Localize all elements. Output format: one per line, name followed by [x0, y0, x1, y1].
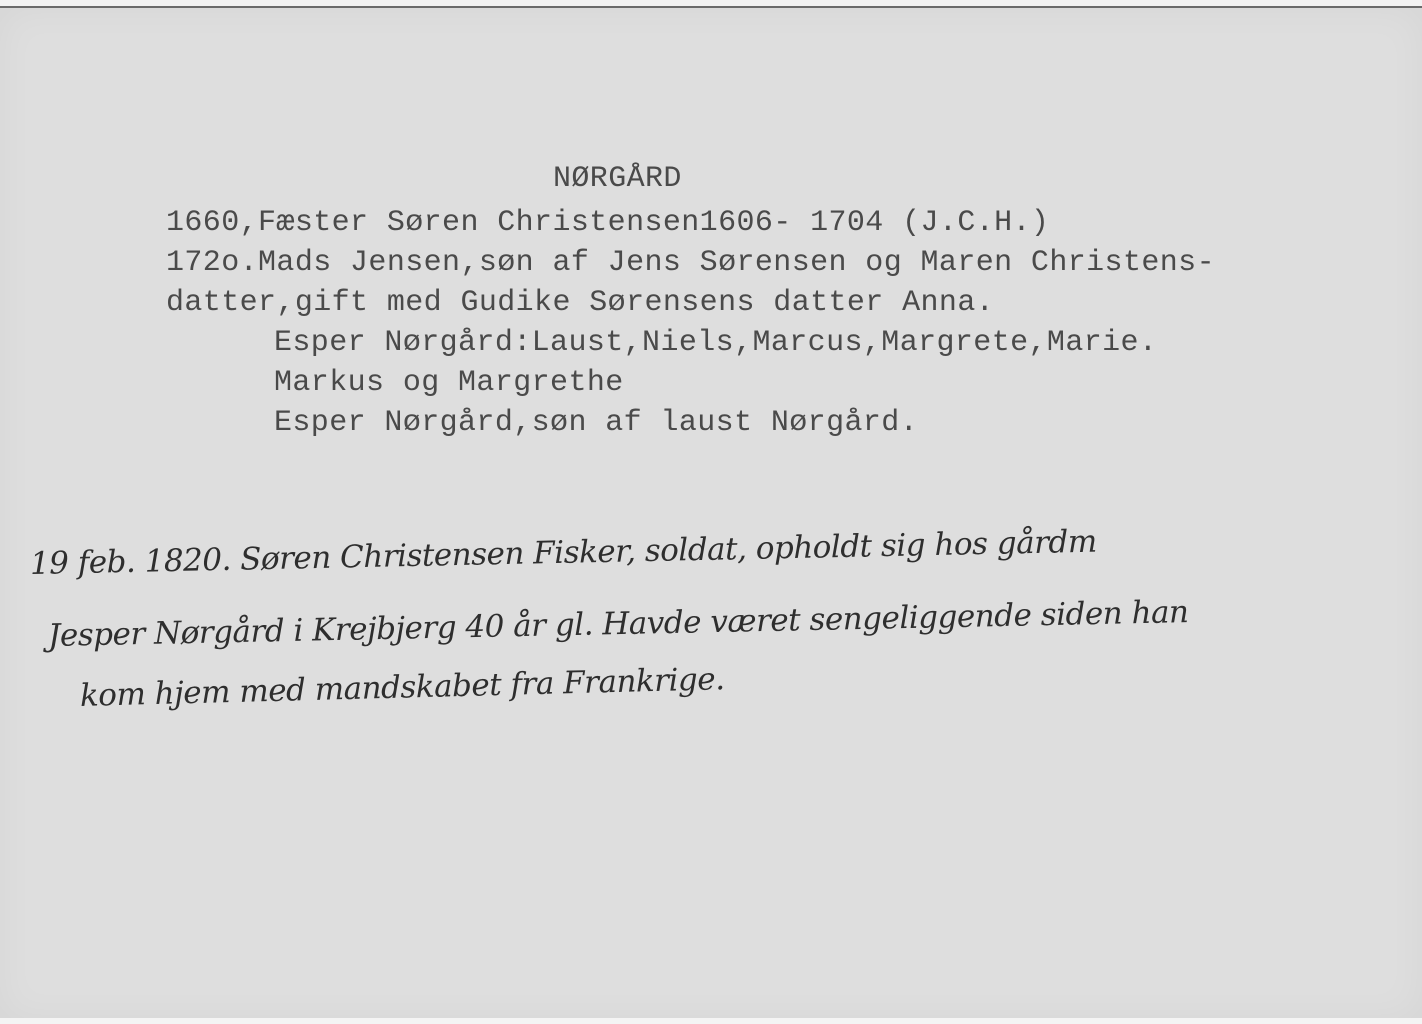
- typed-line-3: datter,gift med Gudike Sørensens datter …: [166, 286, 994, 320]
- typed-line-4: Esper Nørgård:Laust,Niels,Marcus,Margret…: [274, 326, 1157, 360]
- typed-line-6: Esper Nørgård,søn af laust Nørgård.: [274, 406, 918, 440]
- index-card: NØRGÅRD 1660,Fæster Søren Christensen160…: [0, 6, 1422, 1020]
- card-title: NØRGÅRD: [553, 162, 682, 196]
- typed-line-1: 1660,Fæster Søren Christensen1606- 1704 …: [166, 206, 1049, 240]
- page-bottom-edge: [0, 1018, 1422, 1024]
- typed-line-5: Markus og Margrethe: [274, 366, 624, 400]
- handwritten-line-2: Jesper Nørgård i Krejbjerg 40 år gl. Hav…: [48, 594, 1189, 654]
- handwritten-line-1: 19 feb. 1820. Søren Christensen Fisker, …: [30, 524, 1097, 582]
- typed-line-2: 172o.Mads Jensen,søn af Jens Sørensen og…: [166, 246, 1215, 280]
- handwritten-line-3: kom hjem med mandskabet fra Frankrige.: [80, 661, 725, 714]
